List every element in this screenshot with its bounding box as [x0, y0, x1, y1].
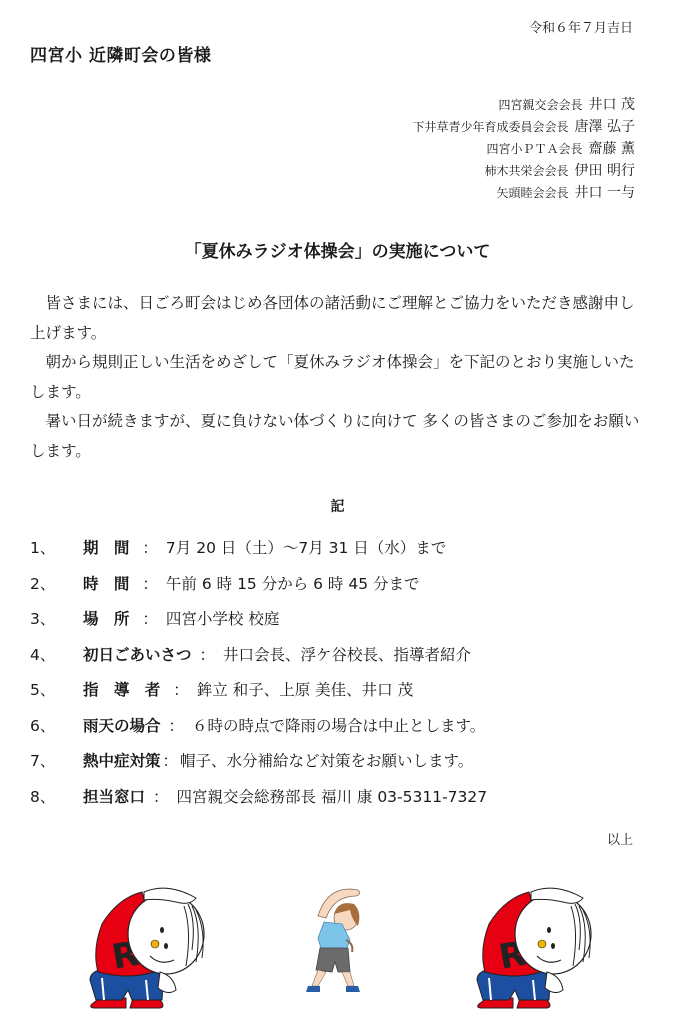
paragraph: 皆さまには、日ごろ町会はじめ各団体の諸活動にご理解とご協力をいただき感謝申し上げ… — [30, 289, 642, 348]
item-colon: ： — [142, 536, 158, 558]
item-value: 四宮小学校 校庭 — [166, 607, 279, 629]
item-label: 場 所 — [83, 607, 134, 629]
detail-list: 1、期 間：7月 20 日（土）～7月 31 日（水）まで 2、時 間：午前 6… — [30, 536, 650, 820]
item-label: 時 間 — [83, 572, 134, 594]
item-label: 指 導 者 — [83, 678, 165, 700]
item-label: 期 間 — [83, 536, 134, 558]
paragraph: 朝から規則正しい生活をめざして「夏休みラジオ体操会」を下記のとおり実施しいたしま… — [30, 348, 642, 407]
item-colon: ： — [142, 572, 158, 594]
item-value: ６時の時点で降雨の場合は中止とします。 — [192, 714, 485, 736]
item-label: 熱中症対策 — [83, 749, 161, 771]
issue-date: 令和６年７月吉日 — [529, 17, 633, 36]
detail-item: 1、期 間：7月 20 日（土）～7月 31 日（水）まで — [30, 536, 650, 572]
mascot-illustration-left: R — [78, 880, 213, 1012]
item-colon: ： — [200, 643, 216, 665]
sender-row: 四宮小ＰＴＡ会長齋藤 薫 — [413, 138, 635, 160]
item-label: 担当窓口 — [83, 785, 145, 807]
item-number: 8、 — [30, 785, 83, 807]
item-value: 井口会長、浮ケ谷校長、指導者紹介 — [223, 643, 471, 665]
closing-mark: 以上 — [607, 829, 633, 848]
sender-org: 四宮親交会会長 — [499, 98, 583, 112]
item-number: 2、 — [30, 572, 83, 594]
sender-row: 柿木共栄会会長伊田 明行 — [413, 160, 635, 182]
detail-item: 3、場 所：四宮小学校 校庭 — [30, 607, 650, 643]
mascot-illustration-right: R — [465, 880, 600, 1012]
item-value: 午前 6 時 15 分から 6 時 45 分まで — [166, 572, 420, 594]
item-value: 帽子、水分補給など対策をお願いします。 — [180, 749, 473, 771]
sender-list: 四宮親交会会長井口 茂 下井草青少年育成委員会会長唐澤 弘子 四宮小ＰＴＡ会長齋… — [413, 94, 635, 204]
item-label: 初日ごあいさつ — [83, 643, 192, 665]
detail-item: 7、熱中症対策：帽子、水分補給など対策をお願いします。 — [30, 749, 650, 785]
item-colon: ： — [142, 607, 158, 629]
sender-name: 唐澤 弘子 — [575, 116, 635, 138]
paragraph: 暑い日が続きますが、夏に負けない体づくりに向けて 多くの皆さまのご参加をお願いし… — [30, 407, 642, 466]
sender-org: 柿木共栄会会長 — [485, 164, 569, 178]
item-colon: ： — [163, 749, 179, 771]
body-text: 皆さまには、日ごろ町会はじめ各団体の諸活動にご理解とご協力をいただき感謝申し上げ… — [30, 289, 642, 466]
detail-item: 6、雨天の場合：６時の時点で降雨の場合は中止とします。 — [30, 714, 650, 750]
detail-item: 8、担当窓口：四宮親交会総務部長 福川 康 03-5311-7327 — [30, 785, 650, 821]
item-value: 四宮親交会総務部長 福川 康 03-5311-7327 — [177, 785, 488, 807]
detail-item: 4、初日ごあいさつ：井口会長、浮ケ谷校長、指導者紹介 — [30, 643, 650, 679]
item-colon: ： — [173, 678, 189, 700]
addressee: 四宮小 近隣町会の皆様 — [30, 41, 211, 66]
sender-name: 齋藤 薫 — [589, 138, 635, 160]
sender-row: 矢頭睦会会長井口 一与 — [413, 182, 635, 204]
sender-name: 伊田 明行 — [575, 160, 635, 182]
item-number: 7、 — [30, 749, 83, 771]
item-value: 鉾立 和子、上原 美佳、井口 茂 — [197, 678, 413, 700]
document-title: 「夏休みラジオ体操会」の実施について — [0, 237, 675, 262]
item-colon: ： — [169, 714, 185, 736]
detail-item: 5、指 導 者：鉾立 和子、上原 美佳、井口 茂 — [30, 678, 650, 714]
item-number: 1、 — [30, 536, 83, 558]
sender-org: 矢頭睦会会長 — [497, 186, 569, 200]
mascot-stretching-icon: R — [78, 880, 213, 1012]
item-number: 6、 — [30, 714, 83, 736]
ki-heading: 記 — [0, 496, 675, 516]
item-colon: ： — [153, 785, 169, 807]
item-number: 3、 — [30, 607, 83, 629]
child-illustration — [298, 882, 378, 997]
sender-org: 下井草青少年育成委員会会長 — [413, 120, 569, 134]
sender-name: 井口 一与 — [575, 182, 635, 204]
sender-row: 下井草青少年育成委員会会長唐澤 弘子 — [413, 116, 635, 138]
detail-item: 2、時 間：午前 6 時 15 分から 6 時 45 分まで — [30, 572, 650, 608]
item-number: 5、 — [30, 678, 83, 700]
item-label: 雨天の場合 — [83, 714, 161, 736]
item-value: 7月 20 日（土）～7月 31 日（水）まで — [166, 536, 446, 558]
child-stretching-icon — [298, 882, 378, 997]
mascot-stretching-icon: R — [465, 880, 600, 1012]
item-number: 4、 — [30, 643, 83, 665]
sender-name: 井口 茂 — [589, 94, 635, 116]
sender-row: 四宮親交会会長井口 茂 — [413, 94, 635, 116]
sender-org: 四宮小ＰＴＡ会長 — [487, 142, 583, 156]
